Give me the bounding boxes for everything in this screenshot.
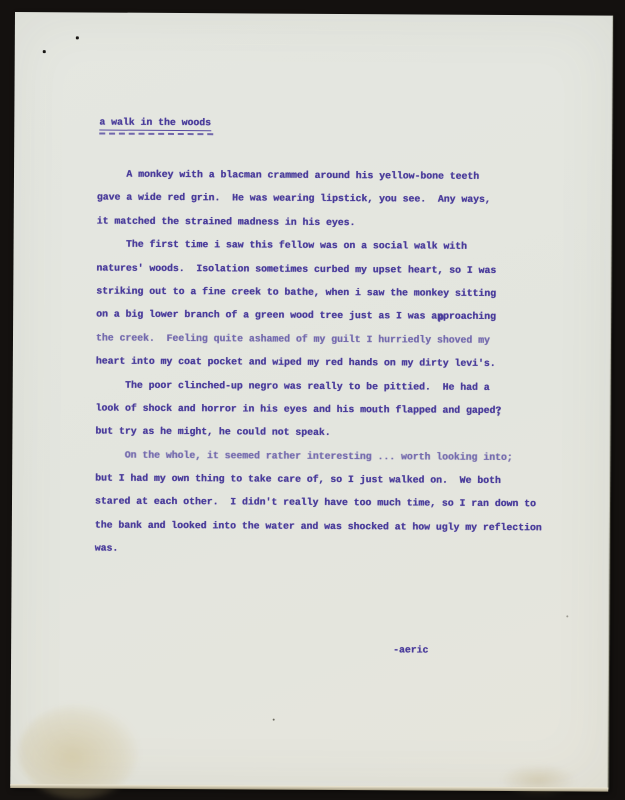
typed-line: look of shock and horror in his eyes and…	[96, 396, 576, 422]
typed-line: was.	[95, 537, 575, 563]
typed-line: The poor clinched-up negro was really to…	[96, 373, 576, 399]
paper-bottom-edge	[10, 784, 608, 792]
typed-line: The first time i saw this fellow was on …	[97, 233, 577, 259]
title-dashed-underline	[99, 133, 213, 136]
typed-line: the creek. Feeling quite ashamed of my g…	[96, 326, 576, 352]
staple-hole	[43, 50, 46, 53]
typed-line: natures' woods. Isolation sometimes curb…	[96, 256, 576, 282]
staple-hole	[76, 36, 79, 39]
typed-line: but I had my own thing to take care of, …	[95, 467, 575, 493]
typed-line: gave a wide red grin. He was wearing lip…	[97, 186, 577, 212]
typed-line: heart into my coat pocket and wiped my r…	[96, 350, 576, 376]
paper-speck	[273, 719, 275, 721]
typed-line: On the whole, it seemed rather interesti…	[95, 443, 575, 469]
typed-line: the bank and looked into the water and w…	[95, 513, 575, 539]
overstruck-character: p	[437, 305, 443, 328]
typed-line: A monkey with a blacman crammed around h…	[97, 163, 577, 189]
document-title-text: a walk in the woods	[99, 116, 211, 132]
paper-speck	[566, 615, 568, 617]
typed-line: on a big lower branch of a green wood tr…	[96, 303, 576, 329]
author-signature: -aeric	[393, 638, 428, 662]
overstruck-character: ?	[495, 399, 501, 422]
paper-sheet: a walk in the woods A monkey with a blac…	[10, 12, 613, 790]
typed-line: striking out to a fine creek to bathe, w…	[96, 279, 576, 305]
document-title: a walk in the woods	[99, 116, 211, 136]
typed-line: stared at each other. I didn't really ha…	[95, 490, 575, 516]
paper-right-edge	[607, 16, 614, 790]
typed-line: but try as he might, he could not speak.	[95, 420, 575, 446]
paper-stain-bottom-right	[498, 763, 578, 797]
typed-lines: A monkey with a blacman crammed around h…	[95, 163, 577, 564]
typed-line: it matched the strained madness in his e…	[97, 209, 577, 235]
